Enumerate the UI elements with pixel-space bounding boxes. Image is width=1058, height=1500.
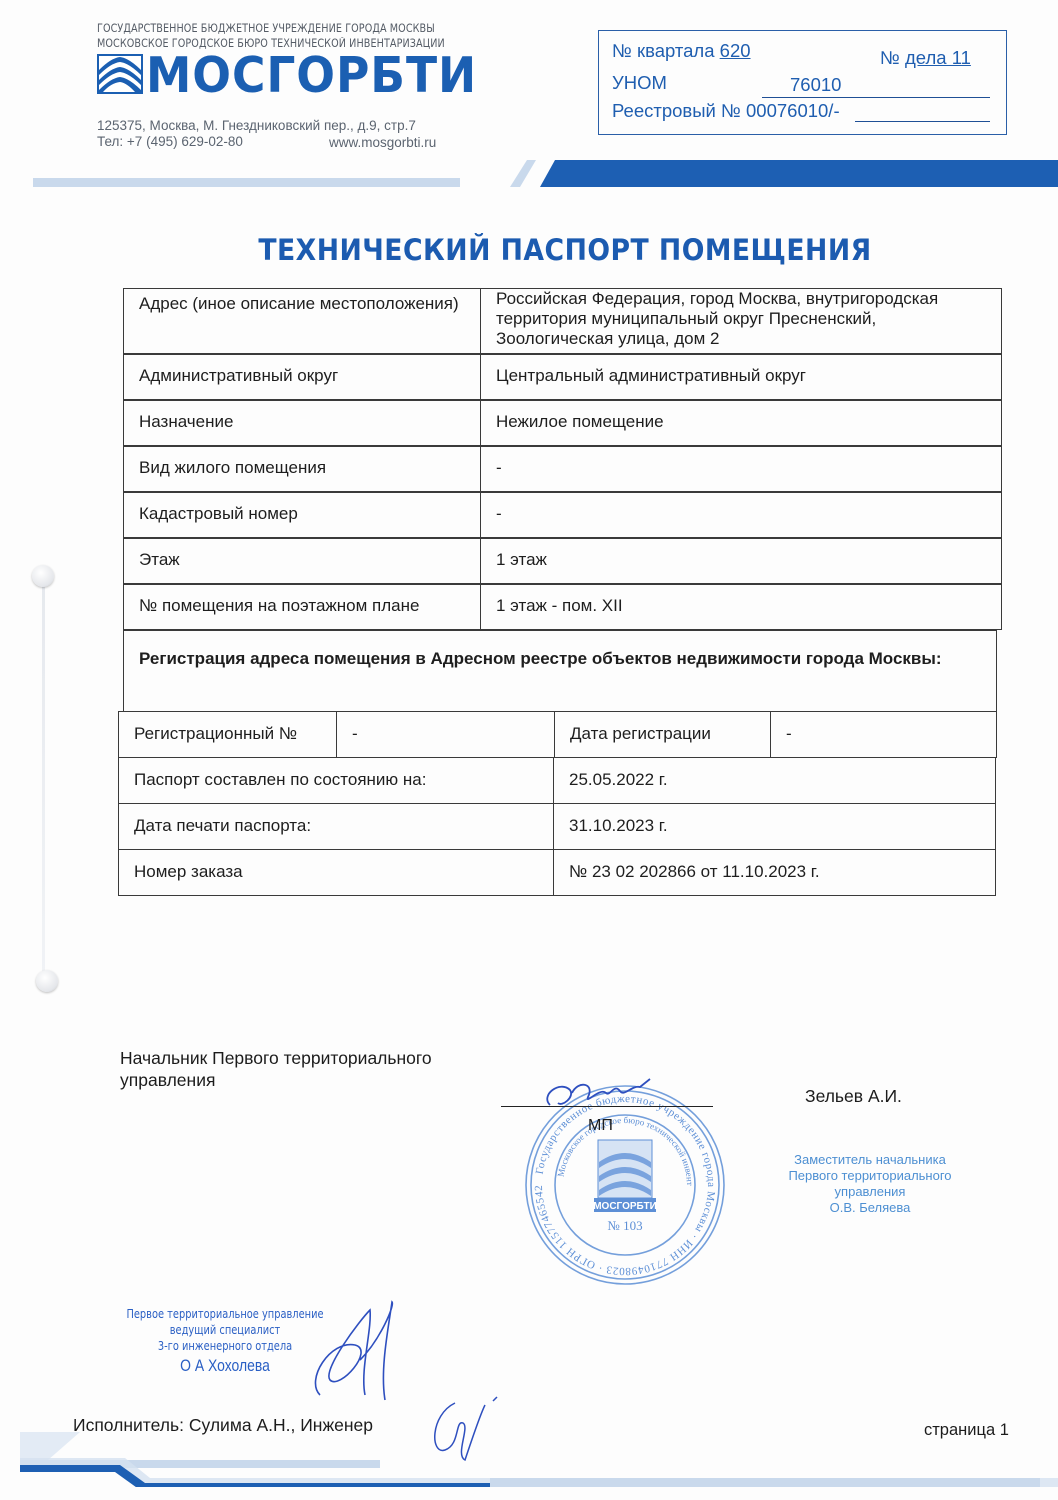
reg-number-value-text: -: [352, 724, 544, 744]
bottom-row-value-text: 31.10.2023 г.: [569, 816, 985, 836]
delo-value: дела 11: [905, 47, 971, 68]
row-value-text: -: [496, 458, 991, 478]
mp-label: МП: [588, 1117, 613, 1135]
row-value: Нежилое помещение: [480, 400, 1002, 446]
delo-label: №: [880, 47, 900, 68]
org-website[interactable]: www.mosgorbti.ru: [329, 135, 436, 150]
logo-wordmark: МОСГОРБТИ: [146, 47, 477, 104]
row-label: Административный округ: [123, 354, 481, 400]
kvartal-label: № квартала: [612, 40, 715, 61]
row-label: Вид жилого помещения: [123, 446, 481, 492]
row-label: Этаж: [123, 538, 481, 584]
reestr-underline: [855, 121, 990, 122]
row-value-text: Нежилое помещение: [496, 412, 991, 432]
row-value-text: Российская Федерация, город Москва, внут…: [496, 289, 991, 349]
bottom-row-label: Номер заказа: [118, 849, 554, 896]
signature-line: [501, 1106, 713, 1107]
row-value: Центральный административный округ: [480, 354, 1002, 400]
binding-thread: [42, 580, 45, 980]
svg-text:МОСГОРБТИ: МОСГОРБТИ: [593, 1201, 657, 1212]
specialist-signature: [300, 1300, 410, 1410]
row-label-text: Вид жилого помещения: [139, 458, 470, 478]
row-label: Кадастровый номер: [123, 492, 481, 538]
row-value-text: 1 этаж: [496, 550, 991, 570]
bottom-row-label-text: Паспорт составлен по состоянию на:: [134, 770, 543, 790]
row-label-text: Адрес (иное описание местоположения): [139, 294, 470, 314]
header-band: [0, 160, 1058, 205]
org-phone: Тел: +7 (495) 629-02-80: [97, 134, 243, 149]
kvartal-field: № квартала 620: [612, 40, 751, 62]
reestr-label: Реестровый №: [612, 100, 741, 121]
reestr-field: Реестровый № 00076010/-: [612, 100, 840, 122]
unom-underline: [762, 97, 990, 98]
svg-text:№ 103: № 103: [607, 1218, 642, 1233]
reg-number-value: -: [336, 711, 555, 758]
row-value: 1 этаж: [480, 538, 1002, 584]
bottom-row-label: Паспорт составлен по состоянию на:: [118, 757, 554, 804]
row-label-text: Назначение: [139, 412, 470, 432]
row-label-text: Этаж: [139, 550, 470, 570]
unom-label: УНОМ: [612, 72, 667, 94]
row-label-text: Кадастровый номер: [139, 504, 470, 524]
bottom-row-value: № 23 02 202866 от 11.10.2023 г.: [553, 849, 996, 896]
reestr-value: 00076010/-: [746, 100, 840, 121]
reg-date-value: -: [770, 711, 997, 758]
bottom-row-label: Дата печати паспорта:: [118, 803, 554, 850]
page-title: ТЕХНИЧЕСКИЙ ПАСПОРТ ПОМЕЩЕНИЯ: [45, 233, 1058, 267]
org-address: 125375, Москва, М. Гнездниковский пер., …: [97, 118, 416, 133]
row-value-text: -: [496, 504, 991, 524]
row-label: Адрес (иное описание местоположения): [123, 288, 481, 354]
row-label-text: № помещения на поэтажном плане: [139, 596, 470, 616]
row-label: № помещения на поэтажном плане: [123, 584, 481, 630]
position-title: Начальник Первого территориального управ…: [120, 1047, 490, 1091]
chief-signature: [540, 1075, 670, 1115]
row-value-text: 1 этаж - пом. XII: [496, 596, 991, 616]
row-value: 1 этаж - пом. XII: [480, 584, 1002, 630]
row-label: Назначение: [123, 400, 481, 446]
bottom-row-label-text: Дата печати паспорта:: [134, 816, 543, 836]
reg-number-label-text: Регистрационный №: [134, 724, 326, 744]
row-value-text: Центральный административный округ: [496, 366, 991, 386]
unom-value: 76010: [790, 74, 841, 96]
bottom-row-label-text: Номер заказа: [134, 862, 543, 882]
row-value: -: [480, 446, 1002, 492]
org-name-line-1: ГОСУДАРСТВЕННОЕ БЮДЖЕТНОЕ УЧРЕЖДЕНИЕ ГОР…: [97, 22, 435, 35]
binding-bead-bottom: [36, 970, 58, 992]
reg-date-label: Дата регистрации: [554, 711, 771, 758]
reg-date-label-text: Дата регистрации: [570, 724, 760, 744]
building-roof-icon: [97, 54, 143, 94]
bottom-row-value: 31.10.2023 г.: [553, 803, 996, 850]
signer-name: Зельев А.И.: [805, 1086, 902, 1107]
binding-bead-top: [32, 565, 54, 587]
delo-field: № дела 11: [880, 47, 971, 69]
row-value: -: [480, 492, 1002, 538]
kvartal-value: 620: [720, 40, 751, 61]
deputy-stamp: Заместитель начальника Первого территори…: [770, 1152, 970, 1216]
row-value: Российская Федерация, город Москва, внут…: [480, 288, 1002, 354]
reg-date-value-text: -: [786, 724, 986, 744]
row-label-text: Административный округ: [139, 366, 470, 386]
bottom-row-value-text: № 23 02 202866 от 11.10.2023 г.: [569, 862, 985, 882]
bottom-row-value-text: 25.05.2022 г.: [569, 770, 985, 790]
bottom-row-value: 25.05.2022 г.: [553, 757, 996, 804]
footer-band: [0, 1432, 1058, 1487]
registration-heading: Регистрация адреса помещения в Адресном …: [123, 630, 997, 712]
registration-heading-text: Регистрация адреса помещения в Адресном …: [139, 649, 986, 669]
reg-number-label: Регистрационный №: [118, 711, 337, 758]
